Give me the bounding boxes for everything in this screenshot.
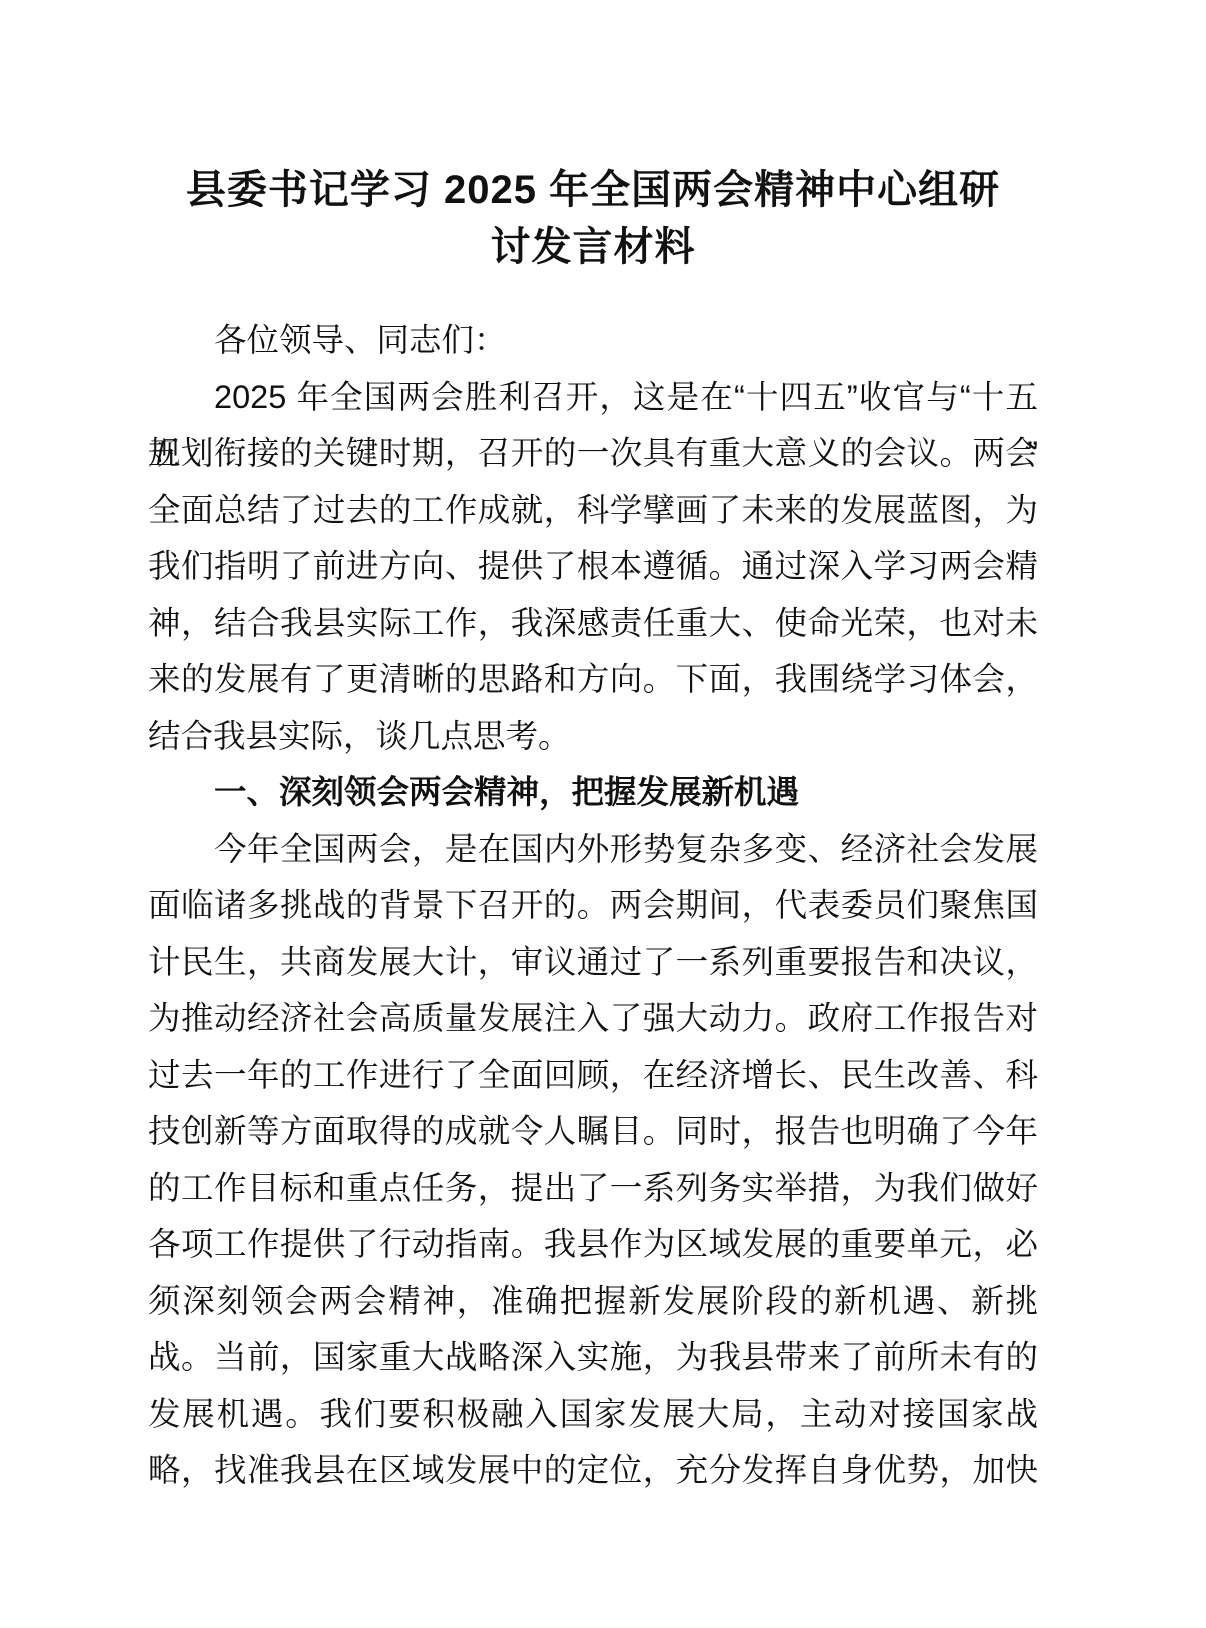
body-line: 须深刻领会两会精神，准确把握新发展阶段的新机遇、新挑 — [148, 1273, 1038, 1330]
body-line: 2025 年全国两会胜利召开，这是在“十四五”收官与“十五五” — [148, 369, 1038, 426]
body-line: 各项工作提供了行动指南。我县作为区域发展的重要单元，必 — [148, 1216, 1038, 1273]
body-line: 规划衔接的关键时期，召开的一次具有重大意义的会议。两会 — [148, 425, 1038, 482]
body-line: 过去一年的工作进行了全面回顾，在经济增长、民生改善、科 — [148, 1047, 1038, 1104]
document-body: 各位领导、同志们： 2025 年全国两会胜利召开，这是在“十四五”收官与“十五五… — [148, 312, 1038, 1499]
document-title: 县委书记学习 2025 年全国两会精神中心组研 讨发言材料 — [148, 0, 1038, 276]
body-line: 全面总结了过去的工作成就，科学擘画了未来的发展蓝图，为 — [148, 482, 1038, 539]
body-line: 神，结合我县实际工作，我深感责任重大、使命光荣，也对未 — [148, 595, 1038, 652]
body-line: 发展机遇。我们要积极融入国家发展大局，主动对接国家战 — [148, 1386, 1038, 1443]
body-line: 结合我县实际，谈几点思考。 — [148, 708, 1038, 765]
document-title-line-1: 县委书记学习 2025 年全国两会精神中心组研 — [148, 162, 1038, 219]
body-line: 今年全国两会，是在国内外形势复杂多变、经济社会发展 — [148, 821, 1038, 878]
body-line: 我们指明了前进方向、提供了根本遵循。通过深入学习两会精 — [148, 538, 1038, 595]
body-line: 为推动经济社会高质量发展注入了强大动力。政府工作报告对 — [148, 990, 1038, 1047]
body-line: 面临诸多挑战的背景下召开的。两会期间，代表委员们聚焦国 — [148, 877, 1038, 934]
body-line: 略，找准我县在区域发展中的定位，充分发挥自身优势，加快 — [148, 1442, 1038, 1499]
body-line: 技创新等方面取得的成就令人瞩目。同时，报告也明确了今年 — [148, 1103, 1038, 1160]
document-page: 县委书记学习 2025 年全国两会精神中心组研 讨发言材料 各位领导、同志们： … — [0, 0, 1206, 1628]
body-line: 的工作目标和重点任务，提出了一系列务实举措，为我们做好 — [148, 1160, 1038, 1217]
section-heading-1: 一、深刻领会两会精神，把握发展新机遇 — [148, 764, 1038, 821]
body-line: 来的发展有了更清晰的思路和方向。下面，我围绕学习体会， — [148, 651, 1038, 708]
body-line: 战。当前，国家重大战略深入实施，为我县带来了前所未有的 — [148, 1329, 1038, 1386]
salutation-line: 各位领导、同志们： — [148, 312, 1038, 369]
body-line: 计民生，共商发展大计，审议通过了一系列重要报告和决议， — [148, 934, 1038, 991]
document-title-line-2: 讨发言材料 — [148, 219, 1038, 276]
